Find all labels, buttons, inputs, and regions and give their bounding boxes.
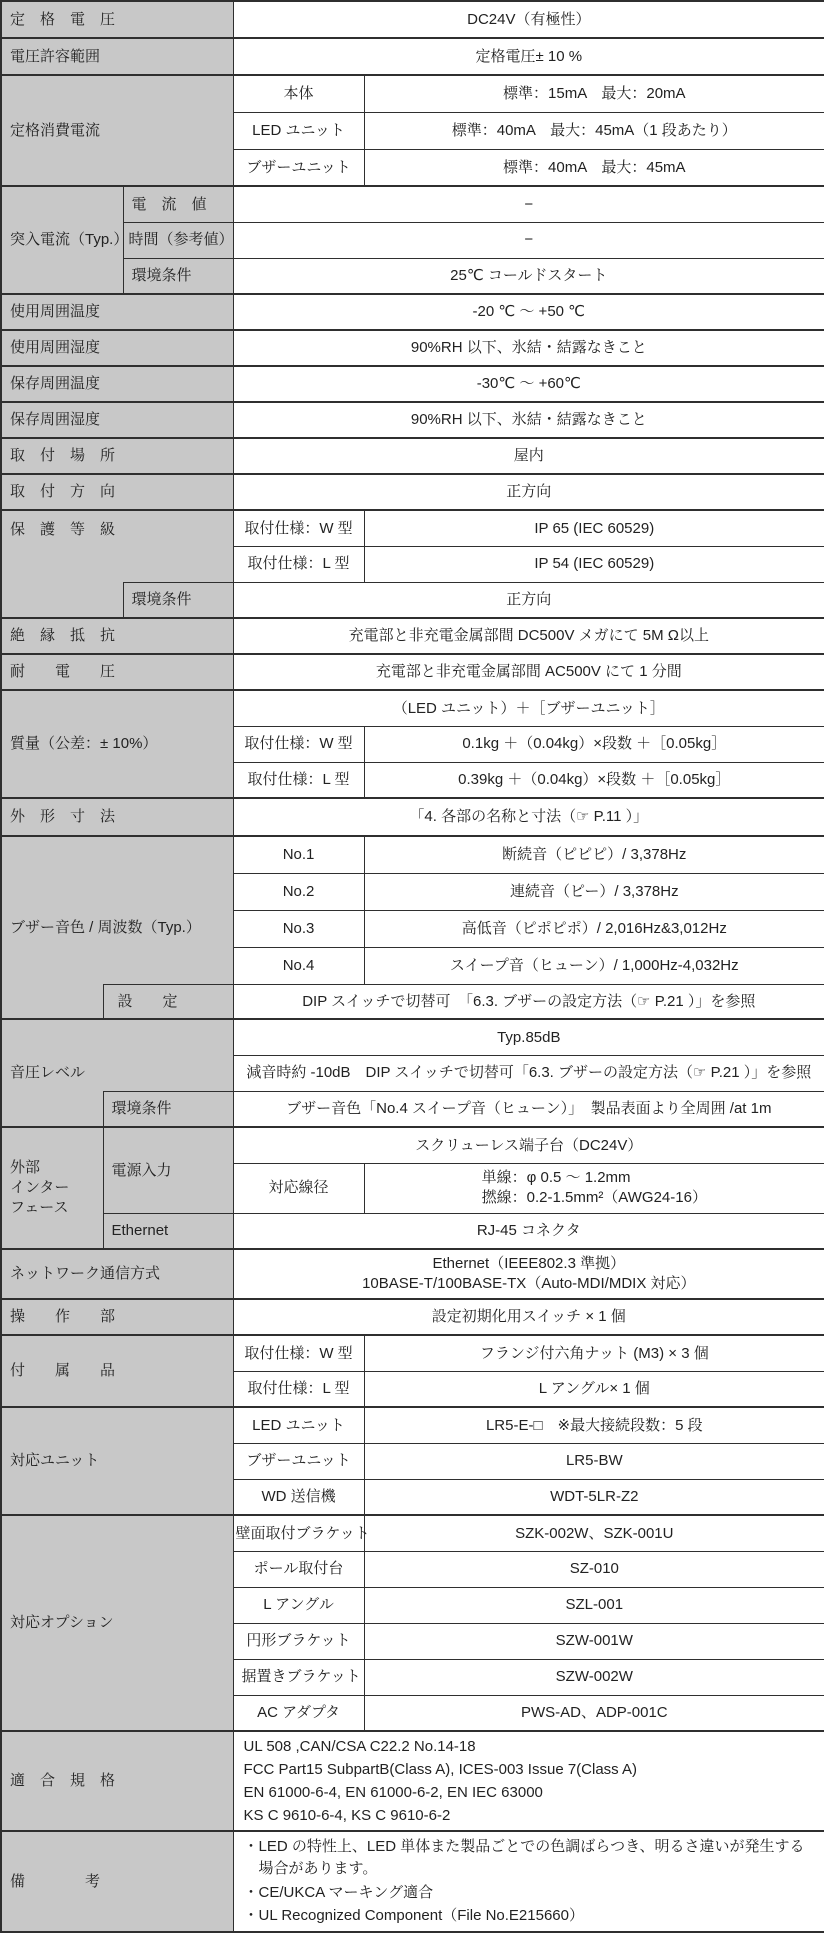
value-accessory-w: フランジ付六角ナット (M3) × 3 個 <box>364 1335 824 1371</box>
sublabel-protection-w: 取付仕様：W 型 <box>233 510 364 546</box>
value-protection-l: IP 54 (IEC 60529) <box>364 546 824 582</box>
value-buzzer-no1: 断続音（ピピピ）/ 3,378Hz <box>364 836 824 873</box>
cell-filler <box>103 1019 233 1055</box>
label-storage-humidity: 保存周囲湿度 <box>1 402 233 438</box>
sublabel-accessory-w: 取付仕様：W 型 <box>233 1335 364 1371</box>
sublabel-buzzer-no1: No.1 <box>233 836 364 873</box>
sublabel-option-desk: 据置きブラケット <box>233 1659 364 1695</box>
label-mass: 質量（公差：± 10%） <box>1 690 233 798</box>
spec-table: 定 格 電 圧 DC24V（有極性） 電圧許容範囲 定格電圧± 10 % 定格消… <box>0 0 824 1933</box>
value-option-desk: SZW-002W <box>364 1659 824 1695</box>
label-inrush-current: 突入電流（Typ.） <box>1 186 123 294</box>
value-remarks: ・LED の特性上、LED 単体また製品ごとでの色調ばらつき、明るさ違いが発生す… <box>233 1831 824 1932</box>
sublabel-ethernet: Ethernet <box>103 1213 233 1249</box>
sublabel-sound-env: 環境条件 <box>103 1091 233 1127</box>
value-buzzer-no2: 連続音（ピー）/ 3,378Hz <box>364 873 824 910</box>
value-network-line2: 10BASE-T/100BASE-TX（Auto-MDI/MDIX 対応） <box>242 1274 817 1294</box>
sublabel-buzzer-setting: 設 定 <box>103 984 233 1019</box>
cell-filler <box>103 947 233 984</box>
label-operation-part: 操 作 部 <box>1 1299 233 1335</box>
label-sound-pressure: 音圧レベル <box>1 1019 103 1127</box>
sublabel-buzzer-no4: No.4 <box>233 947 364 984</box>
label-external-interface: 外部 インター フェース <box>1 1127 103 1249</box>
sublabel-buzzer-no3: No.3 <box>233 910 364 947</box>
label-buzzer-tone: ブザー音色 / 周波数（Typ.） <box>1 836 103 1019</box>
value-current-buzzer: 標準：40mA 最大：45mA <box>364 149 824 186</box>
value-mounting-place: 屋内 <box>233 438 824 474</box>
label-withstand-voltage: 耐 電 圧 <box>1 654 233 690</box>
value-mounting-direction: 正方向 <box>233 474 824 510</box>
value-buzzer-setting: DIP スイッチで切替可 「6.3. ブザーの設定方法（☞ P.21 ）」を参照 <box>233 984 824 1019</box>
sublabel-unit-buzzer: ブザーユニット <box>233 1443 364 1479</box>
value-buzzer-no3: 高低音（ピポピポ）/ 2,016Hz&3,012Hz <box>364 910 824 947</box>
value-protection-w: IP 65 (IEC 60529) <box>364 510 824 546</box>
label-external-interface-line2: インター <box>10 1178 95 1198</box>
cell-filler <box>123 546 233 582</box>
value-option-wall: SZK-002W、SZK-001U <box>364 1515 824 1551</box>
value-sound-reduced: 減音時約 -10dB DIP スイッチで切替可「6.3. ブザーの設定方法（☞ … <box>233 1055 824 1091</box>
label-rated-voltage: 定 格 電 圧 <box>1 1 233 38</box>
sublabel-option-pole: ポール取付台 <box>233 1551 364 1587</box>
label-external-interface-line1: 外部 <box>10 1158 95 1178</box>
value-voltage-range: 定格電圧± 10 % <box>233 38 824 75</box>
sublabel-current-buzzer: ブザーユニット <box>233 149 364 186</box>
label-mounting-place: 取 付 場 所 <box>1 438 233 474</box>
value-option-round: SZW-001W <box>364 1623 824 1659</box>
value-remarks-note2: ・CE/UKCA マーキング適合 <box>244 1882 817 1904</box>
value-mass-w: 0.1kg ＋（0.04kg）×段数 ＋［0.05kg］ <box>364 726 824 762</box>
value-operation-part: 設定初期化用スイッチ × 1 個 <box>233 1299 824 1335</box>
sublabel-protection-l: 取付仕様：L 型 <box>233 546 364 582</box>
value-storage-temp: -30℃ 〜 +60℃ <box>233 366 824 402</box>
value-insulation-resistance: 充電部と非充電金属部間 DC500V メガにて 5M Ω以上 <box>233 618 824 654</box>
sublabel-mass-l: 取付仕様：L 型 <box>233 762 364 798</box>
sublabel-wire-size: 対応線径 <box>233 1163 364 1213</box>
value-standards-line2: FCC Part15 SubpartB(Class A), ICES-003 I… <box>244 1758 817 1781</box>
value-operating-humidity: 90%RH 以下、氷結・結露なきこと <box>233 330 824 366</box>
label-rated-current: 定格消費電流 <box>1 75 233 186</box>
cell-filler <box>103 1055 233 1091</box>
value-inrush-time: − <box>233 222 824 258</box>
sublabel-accessory-l: 取付仕様：L 型 <box>233 1371 364 1407</box>
value-wire-size: 単線：φ 0.5 〜 1.2mm 撚線：0.2-1.5mm²（AWG24-16） <box>364 1163 824 1213</box>
sublabel-option-langle: L アングル <box>233 1587 364 1623</box>
sublabel-option-wall: 壁面取付ブラケット <box>233 1515 364 1551</box>
value-unit-wd: WDT-5LR-Z2 <box>364 1479 824 1515</box>
sublabel-mass-w: 取付仕様：W 型 <box>233 726 364 762</box>
value-withstand-voltage: 充電部と非充電金属部間 AC500V にて 1 分間 <box>233 654 824 690</box>
value-remarks-note1: ・LED の特性上、LED 単体また製品ごとでの色調ばらつき、明るさ違いが発生す… <box>244 1836 817 1880</box>
value-sound-env: ブザー音色「No.4 スイープ音（ヒューン）」 製品表面より全周囲 /at 1m <box>233 1091 824 1127</box>
value-unit-buzzer: LR5-BW <box>364 1443 824 1479</box>
label-remarks: 備 考 <box>1 1831 233 1932</box>
value-standards-line1: UL 508 ,CAN/CSA C22.2 No.14-18 <box>244 1735 817 1758</box>
value-wire-size-line1: 単線：φ 0.5 〜 1.2mm <box>482 1168 707 1188</box>
value-standards-line4: KS C 9610-6-4, KS C 9610-6-2 <box>244 1804 817 1827</box>
value-ethernet: RJ-45 コネクタ <box>233 1213 824 1249</box>
label-standards: 適 合 規 格 <box>1 1731 233 1831</box>
sublabel-current-body: 本体 <box>233 75 364 112</box>
sublabel-unit-wd: WD 送信機 <box>233 1479 364 1515</box>
value-protection-env: 正方向 <box>233 582 824 618</box>
label-external-interface-line3: フェース <box>10 1198 95 1218</box>
value-inrush-env: 25℃ コールドスタート <box>233 258 824 294</box>
value-unit-led: LR5-E-□ ※最大接続段数：5 段 <box>364 1407 824 1443</box>
label-voltage-range: 電圧許容範囲 <box>1 38 233 75</box>
value-buzzer-no4: スイープ音（ヒューン）/ 1,000Hz-4,032Hz <box>364 947 824 984</box>
label-operating-temp: 使用周囲温度 <box>1 294 233 330</box>
sublabel-power-input: 電源入力 <box>103 1127 233 1213</box>
cell-filler <box>103 836 233 873</box>
label-network-protocol: ネットワーク通信方式 <box>1 1249 233 1299</box>
value-network-line1: Ethernet（IEEE802.3 準拠） <box>242 1254 817 1274</box>
sublabel-inrush-env: 環境条件 <box>123 258 233 294</box>
sublabel-inrush-time: 時間（参考値） <box>123 222 233 258</box>
value-option-langle: SZL-001 <box>364 1587 824 1623</box>
value-network-protocol: Ethernet（IEEE802.3 準拠） 10BASE-T/100BASE-… <box>233 1249 824 1299</box>
sublabel-protection-env: 環境条件 <box>123 582 233 618</box>
value-standards: UL 508 ,CAN/CSA C22.2 No.14-18 FCC Part1… <box>233 1731 824 1831</box>
label-protection-rating: 保 護 等 級 <box>1 510 123 618</box>
spec-sheet-page: 定 格 電 圧 DC24V（有極性） 電圧許容範囲 定格電圧± 10 % 定格消… <box>0 0 824 1933</box>
label-compatible-units: 対応ユニット <box>1 1407 233 1515</box>
value-power-terminal: スクリューレス端子台（DC24V） <box>233 1127 824 1163</box>
value-rated-voltage: DC24V（有極性） <box>233 1 824 38</box>
value-accessory-l: L アングル× 1 個 <box>364 1371 824 1407</box>
value-sound-typ: Typ.85dB <box>233 1019 824 1055</box>
value-mass-l: 0.39kg ＋（0.04kg）×段数 ＋［0.05kg］ <box>364 762 824 798</box>
value-option-pole: SZ-010 <box>364 1551 824 1587</box>
sublabel-current-led: LED ユニット <box>233 112 364 149</box>
sublabel-option-ac: AC アダプタ <box>233 1695 364 1731</box>
value-storage-humidity: 90%RH 以下、氷結・結露なきこと <box>233 402 824 438</box>
value-wire-size-line2: 撚線：0.2-1.5mm²（AWG24-16） <box>482 1188 707 1208</box>
cell-filler <box>103 873 233 910</box>
value-dimensions: 「4. 各部の名称と寸法（☞ P.11 ）」 <box>233 798 824 836</box>
value-current-body: 標準：15mA 最大：20mA <box>364 75 824 112</box>
value-remarks-note3: ・UL Recognized Component（File No.E215660… <box>244 1905 817 1927</box>
cell-filler <box>123 510 233 546</box>
sublabel-option-round: 円形ブラケット <box>233 1623 364 1659</box>
label-insulation-resistance: 絶 縁 抵 抗 <box>1 618 233 654</box>
sublabel-inrush-value: 電 流 値 <box>123 186 233 222</box>
label-compatible-options: 対応オプション <box>1 1515 233 1731</box>
value-current-led: 標準：40mA 最大：45mA（1 段あたり） <box>364 112 824 149</box>
value-operating-temp: -20 ℃ 〜 +50 ℃ <box>233 294 824 330</box>
value-mass-formula: （LED ユニット）＋［ブザーユニット］ <box>233 690 824 726</box>
label-accessories: 付 属 品 <box>1 1335 233 1407</box>
label-dimensions: 外 形 寸 法 <box>1 798 233 836</box>
sublabel-buzzer-no2: No.2 <box>233 873 364 910</box>
sublabel-unit-led: LED ユニット <box>233 1407 364 1443</box>
value-inrush-value: − <box>233 186 824 222</box>
value-option-ac: PWS-AD、ADP-001C <box>364 1695 824 1731</box>
value-standards-line3: EN 61000-6-4, EN 61000-6-2, EN IEC 63000 <box>244 1781 817 1804</box>
label-operating-humidity: 使用周囲湿度 <box>1 330 233 366</box>
label-storage-temp: 保存周囲温度 <box>1 366 233 402</box>
label-mounting-direction: 取 付 方 向 <box>1 474 233 510</box>
